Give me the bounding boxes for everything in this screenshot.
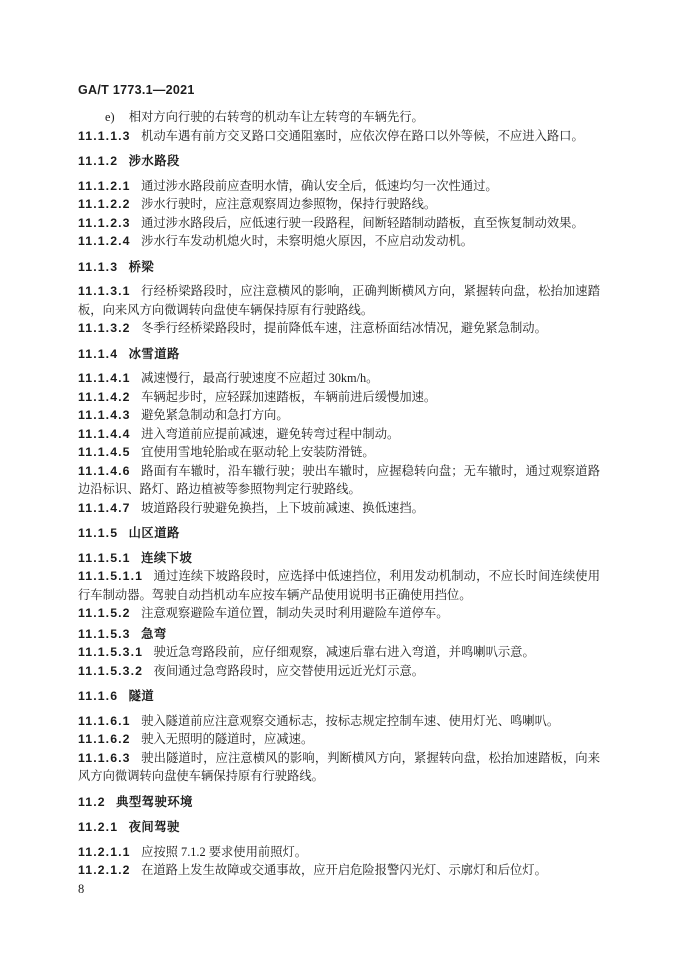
clause-number: 11.1.4 [78, 347, 118, 361]
clause-text: 通过连续下坡路段时，应选择中低速挡位，利用发动机制动，不应长时间连续使用行车制动… [78, 569, 600, 602]
clause-11.2.1.1: 11.2.1.1应按照 7.1.2 要求使用前照灯。 [78, 843, 600, 862]
clause-11.1.2.1: 11.1.2.1通过涉水路段前应查明水情，确认安全后，低速均匀一次性通过。 [78, 177, 600, 196]
heading-text: 夜间驾驶 [129, 820, 180, 834]
section-heading-11.1.2: 11.1.2涉水路段 [78, 152, 600, 171]
clause-number: 11.1.2.3 [78, 216, 131, 230]
section-heading-11.1.6: 11.1.6隧道 [78, 687, 600, 706]
clause-number: 11.1.5 [78, 526, 118, 540]
clause-text: 坡道路段行驶避免换挡，上下坡前减速、换低速挡。 [141, 501, 424, 515]
clause-11.1.6.2: 11.1.6.2驶入无照明的隧道时，应减速。 [78, 730, 600, 749]
section-heading-11.2.1: 11.2.1夜间驾驶 [78, 818, 600, 837]
clause-11.1.4.1: 11.1.4.1减速慢行，最高行驶速度不应超过 30km/h。 [78, 369, 600, 388]
clause-text: 进入弯道前应提前减速，避免转弯过程中制动。 [141, 427, 399, 441]
clause-number: 11.1.2 [78, 154, 118, 168]
clause-number: 11.1.5.3.2 [78, 664, 143, 678]
clause-number: 11.1.6 [78, 689, 118, 703]
clause-11.1.4.2: 11.1.4.2车辆起步时，应轻踩加速踏板，车辆前进后缓慢加速。 [78, 388, 600, 407]
clause-number: 11.1.3.2 [78, 321, 131, 335]
clause-number: 11.1.5.3 [78, 627, 131, 641]
clause-text: 驶出隧道时，应注意横风的影响，判断横风方向，紧握转向盘，松抬加速踏板，向来风方向… [78, 751, 600, 784]
clause-text: 驶近急弯路段前，应仔细观察，减速后靠右进入弯道，并鸣喇叭示意。 [154, 645, 535, 659]
clause-number: 11.1.4.6 [78, 464, 131, 478]
clause-text: 减速慢行，最高行驶速度不应超过 30km/h。 [141, 371, 378, 385]
clause-11.1.6.1: 11.1.6.1驶入隧道前应注意观察交通标志，按标志规定控制车速、使用灯光、鸣喇… [78, 712, 600, 731]
heading-text: 山区道路 [129, 526, 180, 540]
clause-number: 11.1.3 [78, 260, 118, 274]
clause-number: 11.1.1.3 [78, 129, 131, 143]
clause-text: 驶入隧道前应注意观察交通标志，按标志规定控制车速、使用灯光、鸣喇叭。 [141, 714, 559, 728]
clause-number: 11.2.1.2 [78, 863, 131, 877]
clause-11.2.1.2: 11.2.1.2在道路上发生故障或交通事故，应开启危险报警闪光灯、示廓灯和后位灯… [78, 861, 600, 880]
clause-text: 在道路上发生故障或交通事故，应开启危险报警闪光灯、示廓灯和后位灯。 [141, 863, 547, 877]
document-body: e)相对方向行驶的右转弯的机动车让左转弯的车辆先行。11.1.1.3机动车遇有前… [78, 108, 600, 880]
clause-11.1.4.5: 11.1.4.5宜使用雪地轮胎或在驱动轮上安装防滑链。 [78, 443, 600, 462]
clause-11.1.4.7: 11.1.4.7坡道路段行驶避免换挡，上下坡前减速、换低速挡。 [78, 499, 600, 518]
clause-11.1.5.3.2: 11.1.5.3.2夜间通过急弯路段时，应交替使用远近光灯示意。 [78, 662, 600, 681]
clause-number: 11.1.6.1 [78, 714, 131, 728]
clause-11.1.6.3: 11.1.6.3驶出隧道时，应注意横风的影响，判断横风方向，紧握转向盘，松抬加速… [78, 749, 600, 786]
standard-number-header: GA/T 1773.1—2021 [78, 83, 195, 97]
clause-text: 驶入无照明的隧道时，应减速。 [141, 732, 313, 746]
clause-number: 11.1.4.5 [78, 445, 131, 459]
clause-number: 11.1.6.3 [78, 751, 131, 765]
clause-number: 11.2.1 [78, 820, 118, 834]
clause-11.1.2.2: 11.1.2.2涉水行驶时，应注意观察周边参照物，保持行驶路线。 [78, 195, 600, 214]
clause-text: 机动车遇有前方交叉路口交通阻塞时，应依次停在路口以外等候，不应进入路口。 [141, 129, 584, 143]
clause-number: 11.1.6.2 [78, 732, 131, 746]
page-number: 8 [78, 882, 84, 897]
clause-number: 11.1.4.3 [78, 408, 131, 422]
clause-11.1.2.4: 11.1.2.4涉水行车发动机熄火时，未察明熄火原因，不应启动发动机。 [78, 232, 600, 251]
section-heading-11.1.5.3: 11.1.5.3急弯 [78, 625, 600, 644]
clause-text: 路面有车辙时，沿车辙行驶；驶出车辙时，应握稳转向盘；无车辙时，通过观察道路边沿标… [78, 464, 600, 497]
section-heading-11.2: 11.2典型驾驶环境 [78, 793, 600, 812]
clause-number: 11.1.3.1 [78, 284, 131, 298]
clause-number: 11.1.2.1 [78, 179, 131, 193]
heading-text: 典型驾驶环境 [116, 795, 193, 809]
clause-text: 车辆起步时，应轻踩加速踏板，车辆前进后缓慢加速。 [141, 390, 436, 404]
clause-11.1.1.3: 11.1.1.3机动车遇有前方交叉路口交通阻塞时，应依次停在路口以外等候，不应进… [78, 127, 600, 146]
clause-number: 11.1.4.1 [78, 371, 131, 385]
clause-text: 通过涉水路段前应查明水情，确认安全后，低速均匀一次性通过。 [141, 179, 498, 193]
clause-number: 11.1.4.4 [78, 427, 131, 441]
clause-text: 宜使用雪地轮胎或在驱动轮上安装防滑链。 [141, 445, 375, 459]
section-heading-11.1.4: 11.1.4冰雪道路 [78, 345, 600, 364]
heading-text: 冰雪道路 [129, 347, 180, 361]
heading-text: 连续下坡 [141, 551, 192, 565]
clause-number: 11.2.1.1 [78, 845, 131, 859]
clause-11.1.5.1.1: 11.1.5.1.1通过连续下坡路段时，应选择中低速挡位，利用发动机制动，不应长… [78, 567, 600, 604]
clause-text: 应按照 7.1.2 要求使用前照灯。 [141, 845, 307, 859]
clause-text: 行经桥梁路段时，应注意横风的影响，正确判断横风方向，紧握转向盘，松抬加速踏板，向… [78, 284, 600, 317]
clause-11.1.4.6: 11.1.4.6路面有车辙时，沿车辙行驶；驶出车辙时，应握稳转向盘；无车辙时，通… [78, 462, 600, 499]
clause-number: 11.1.2.4 [78, 234, 131, 248]
clause-11.1.4.3: 11.1.4.3避免紧急制动和急打方向。 [78, 406, 600, 425]
list-item-e): e)相对方向行驶的右转弯的机动车让左转弯的车辆先行。 [78, 108, 600, 127]
heading-text: 桥梁 [129, 260, 155, 274]
clause-text: 冬季行经桥梁路段时，提前降低车速，注意桥面结冰情况，避免紧急制动。 [141, 321, 547, 335]
section-heading-11.1.5.1: 11.1.5.1连续下坡 [78, 549, 600, 568]
clause-text: 避免紧急制动和急打方向。 [141, 408, 289, 422]
clause-text: 涉水行驶时，应注意观察周边参照物，保持行驶路线。 [141, 197, 436, 211]
clause-text: 夜间通过急弯路段时，应交替使用远近光灯示意。 [154, 664, 425, 678]
heading-text: 涉水路段 [129, 154, 180, 168]
clause-number: 11.1.5.1 [78, 551, 131, 565]
list-label: e) [105, 110, 115, 124]
clause-11.1.3.1: 11.1.3.1行经桥梁路段时，应注意横风的影响，正确判断横风方向，紧握转向盘，… [78, 282, 600, 319]
clause-text: 通过涉水路段后，应低速行驶一段路程，间断轻踏制动踏板，直至恢复制动效果。 [141, 216, 584, 230]
clause-text: 涉水行车发动机熄火时，未察明熄火原因，不应启动发动机。 [141, 234, 473, 248]
clause-number: 11.1.5.2 [78, 606, 131, 620]
clause-number: 11.1.2.2 [78, 197, 131, 211]
section-heading-11.1.5: 11.1.5山区道路 [78, 524, 600, 543]
clause-number: 11.2 [78, 795, 106, 809]
clause-11.1.5.2: 11.1.5.2注意观察避险车道位置，制动失灵时利用避险车道停车。 [78, 604, 600, 623]
clause-text: 注意观察避险车道位置，制动失灵时利用避险车道停车。 [141, 606, 448, 620]
clause-number: 11.1.4.2 [78, 390, 131, 404]
clause-number: 11.1.5.3.1 [78, 645, 143, 659]
clause-11.1.5.3.1: 11.1.5.3.1驶近急弯路段前，应仔细观察，减速后靠右进入弯道，并鸣喇叭示意… [78, 643, 600, 662]
document-page: GA/T 1773.1—2021 e)相对方向行驶的右转弯的机动车让左转弯的车辆… [0, 0, 680, 961]
clause-11.1.2.3: 11.1.2.3通过涉水路段后，应低速行驶一段路程，间断轻踏制动踏板，直至恢复制… [78, 214, 600, 233]
clause-11.1.4.4: 11.1.4.4进入弯道前应提前减速，避免转弯过程中制动。 [78, 425, 600, 444]
heading-text: 隧道 [129, 689, 155, 703]
clause-text: 相对方向行驶的右转弯的机动车让左转弯的车辆先行。 [129, 110, 424, 124]
section-heading-11.1.3: 11.1.3桥梁 [78, 258, 600, 277]
clause-11.1.3.2: 11.1.3.2冬季行经桥梁路段时，提前降低车速，注意桥面结冰情况，避免紧急制动… [78, 319, 600, 338]
clause-number: 11.1.4.7 [78, 501, 131, 515]
clause-number: 11.1.5.1.1 [78, 569, 143, 583]
heading-text: 急弯 [141, 627, 167, 641]
